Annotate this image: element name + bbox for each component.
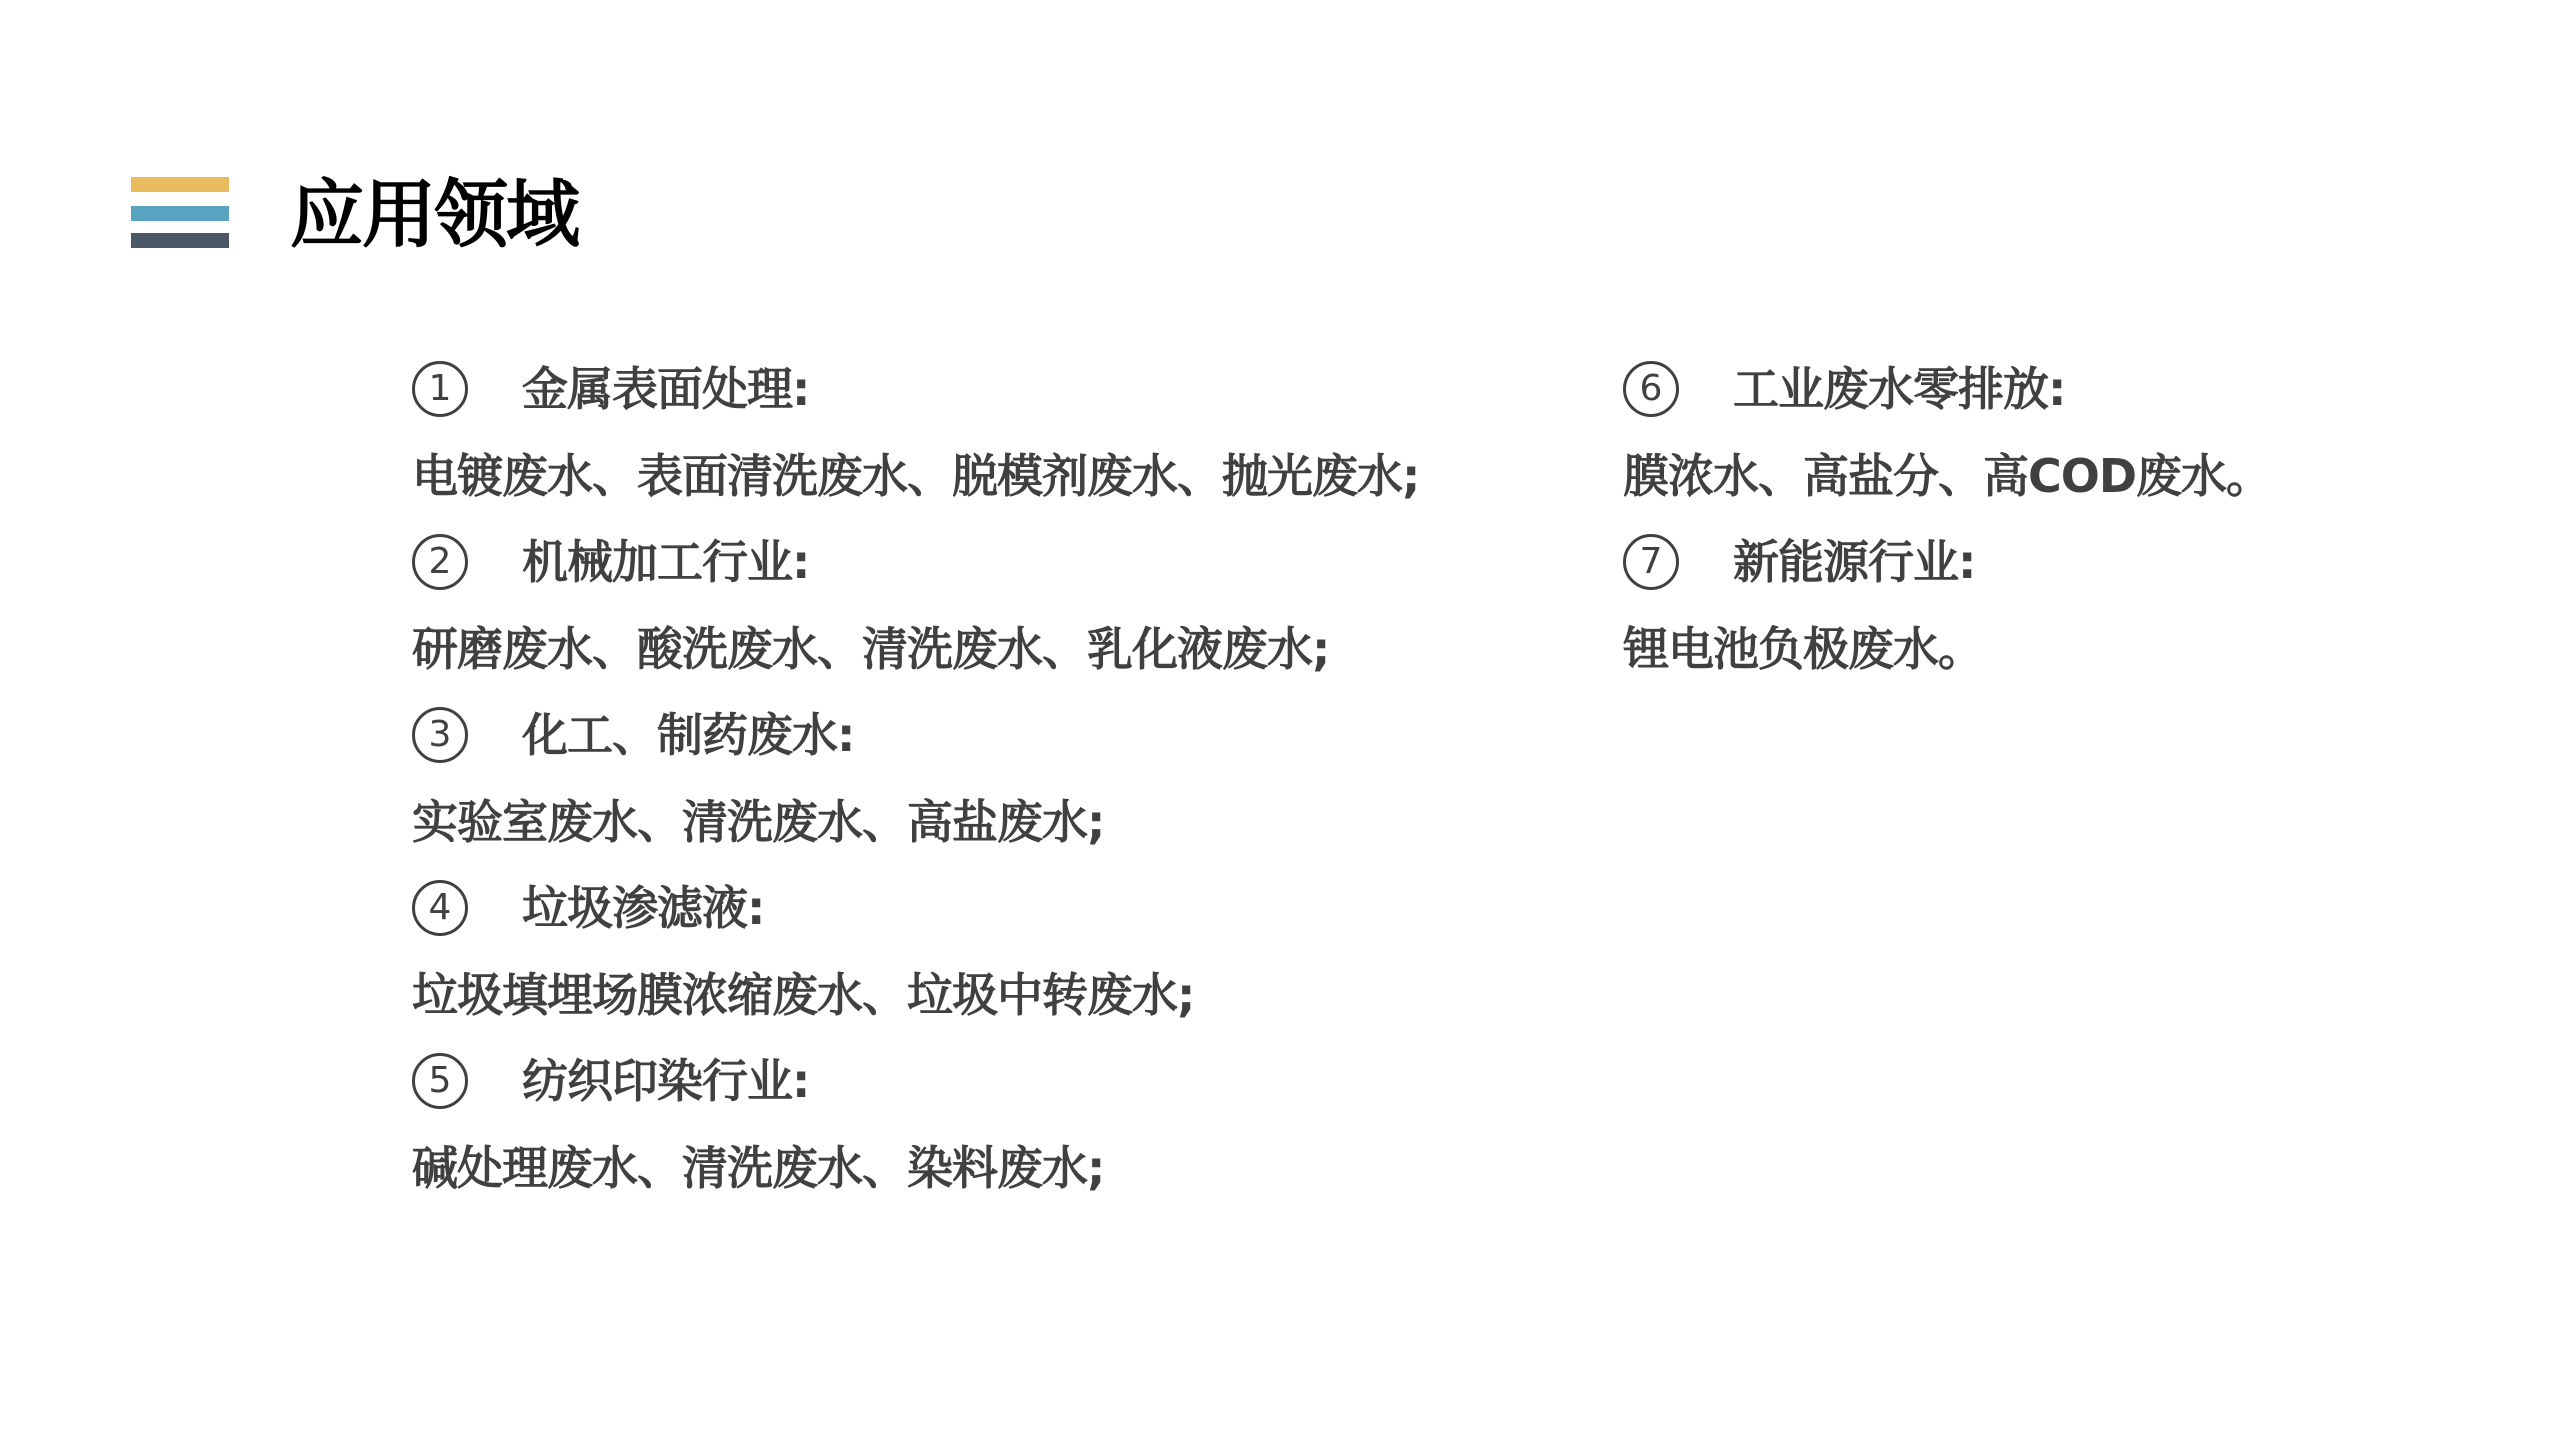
- section-detail-1: 电镀废水、表面清洗废水、脱模剂废水、抛光废水;: [412, 433, 1419, 520]
- section-heading-1: 1 金属表面处理:: [412, 346, 1419, 433]
- section-heading-text: 金属表面处理:: [522, 346, 809, 433]
- section-detail-2: 研磨废水、酸洗废水、清洗废水、乳化液废水;: [412, 606, 1419, 693]
- section-heading-2: 2 机械加工行业:: [412, 519, 1419, 606]
- circled-number-4-icon: 4: [412, 880, 468, 936]
- circled-number-6-icon: 6: [1623, 361, 1679, 417]
- page-title: 应用领域: [290, 170, 578, 260]
- circled-number-3-icon: 3: [412, 707, 468, 763]
- section-detail-6: 膜浓水、高盐分、高COD废水。: [1623, 433, 2271, 520]
- section-heading-text: 新能源行业:: [1733, 519, 1975, 606]
- section-heading-6: 6 工业废水零排放:: [1623, 346, 2271, 433]
- section-heading-5: 5 纺织印染行业:: [412, 1038, 1419, 1125]
- slate-bar: [131, 233, 229, 248]
- circled-number-7-icon: 7: [1623, 534, 1679, 590]
- blue-bar: [131, 206, 229, 221]
- section-detail-7: 锂电池负极废水。: [1623, 606, 2271, 693]
- section-heading-text: 纺织印染行业:: [522, 1038, 809, 1125]
- section-heading-4: 4 垃圾渗滤液:: [412, 865, 1419, 952]
- section-detail-4: 垃圾填埋场膜浓缩废水、垃圾中转废水;: [412, 952, 1419, 1039]
- circled-number-5-icon: 5: [412, 1053, 468, 1109]
- circled-number-2-icon: 2: [412, 534, 468, 590]
- title-bars-icon: [131, 177, 229, 249]
- section-heading-7: 7 新能源行业:: [1623, 519, 2271, 606]
- section-heading-text: 垃圾渗滤液:: [522, 865, 764, 952]
- section-heading-3: 3 化工、制药废水:: [412, 692, 1419, 779]
- left-column: 1 金属表面处理: 电镀废水、表面清洗废水、脱模剂废水、抛光废水; 2 机械加工…: [412, 346, 1419, 1211]
- gold-bar: [131, 177, 229, 192]
- circled-number-1-icon: 1: [412, 361, 468, 417]
- section-heading-text: 工业废水零排放:: [1733, 346, 2065, 433]
- section-detail-5: 碱处理废水、清洗废水、染料废水;: [412, 1125, 1419, 1212]
- right-column: 6 工业废水零排放: 膜浓水、高盐分、高COD废水。 7 新能源行业: 锂电池负…: [1623, 346, 2271, 692]
- section-heading-text: 化工、制药废水:: [522, 692, 854, 779]
- section-heading-text: 机械加工行业:: [522, 519, 809, 606]
- section-detail-3: 实验室废水、清洗废水、高盐废水;: [412, 779, 1419, 866]
